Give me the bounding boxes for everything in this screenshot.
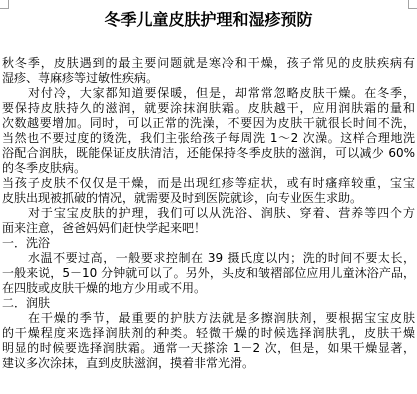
text-line: 皮肤出现被抓破的情况，就需要及时到医院就诊，向专业医生求助。 bbox=[2, 191, 415, 206]
text-line: 浴配合润肤，既能保证皮肤清洁，还能保持冬季皮肤的滋润，可以减少 60% bbox=[2, 146, 415, 161]
text-body: 秋冬季，皮肤遇到的最主要问题就是寒冷和干燥，孩子常见的皮肤疾病有湿疹、荨麻疹等过… bbox=[2, 56, 415, 371]
text-boundary-mark-top-left bbox=[0, 0, 9, 9]
text-line: 次数越要增加。同时，可以正常的洗澡，不要因为皮肤干就很长时间不洗， bbox=[2, 116, 415, 131]
section-heading-bathing: 一．洗浴 bbox=[2, 236, 415, 251]
text-line: 要保持皮肤持久的滋润，就要涂抹润肤霜。皮肤越干，应用润肤霜的量和 bbox=[2, 101, 415, 116]
document-title: 冬季儿童皮肤护理和湿疹预防 bbox=[0, 10, 417, 29]
text-line: 的冬季皮肤病。 bbox=[2, 161, 415, 176]
text-line: 面来注意，爸爸妈妈们赶快学起来吧！ bbox=[2, 221, 415, 236]
text-line: 当然也不要过度的烫洗，我们主张给孩子每周洗 1～2 次澡。这样合理地洗 bbox=[2, 131, 415, 146]
text-line: 当孩子皮肤不仅仅是干燥，而是出现红疹等症状，或有时瘙痒较重，宝宝 bbox=[2, 176, 415, 191]
text-line: 对于宝宝皮肤的护理，我们可以从洗浴、润肤、穿着、营养等四个方 bbox=[2, 206, 415, 221]
document-page[interactable]: 冬季儿童皮肤护理和湿疹预防 秋冬季，皮肤遇到的最主要问题就是寒冷和干燥，孩子常见… bbox=[0, 0, 417, 394]
text-line: 在干燥的季节，最重要的护肤方法就是多擦润肤剂，要根据宝宝皮肤 bbox=[2, 311, 415, 326]
text-line: 对付冷，大家都知道要保暖，但是，却常常忽略皮肤干燥。在冬季， bbox=[2, 86, 415, 101]
text-line: 秋冬季，皮肤遇到的最主要问题就是寒冷和干燥，孩子常见的皮肤疾病有 bbox=[2, 56, 415, 71]
text-line: 的干燥程度来选择润肤剂的种类。轻微干燥的时候选择润肤乳，皮肤干燥 bbox=[2, 326, 415, 341]
text-line: 建议多次涂抹，直到皮肤滋润，摸着非常光滑。 bbox=[2, 356, 415, 371]
text-line: 在四肢或皮肤干燥的地方少用或不用。 bbox=[2, 281, 415, 296]
text-line: 水温不要过高，一般要求控制在 39 摄氏度以内；洗的时间不要太长， bbox=[2, 251, 415, 266]
text-line: 一般来说，5－10 分钟就可以了。另外，头皮和皱褶部位应用儿童沐浴产品， bbox=[2, 266, 415, 281]
text-boundary-mark-top-right bbox=[408, 0, 417, 9]
text-line: 明显的时候要选择润肤霜。通常一天搽涂 1－2 次，但是，如果干燥显著， bbox=[2, 341, 415, 356]
section-heading-moisturizing: 二．润肤 bbox=[2, 296, 415, 311]
text-line: 湿疹、荨麻疹等过敏性疾病。 bbox=[2, 71, 415, 86]
